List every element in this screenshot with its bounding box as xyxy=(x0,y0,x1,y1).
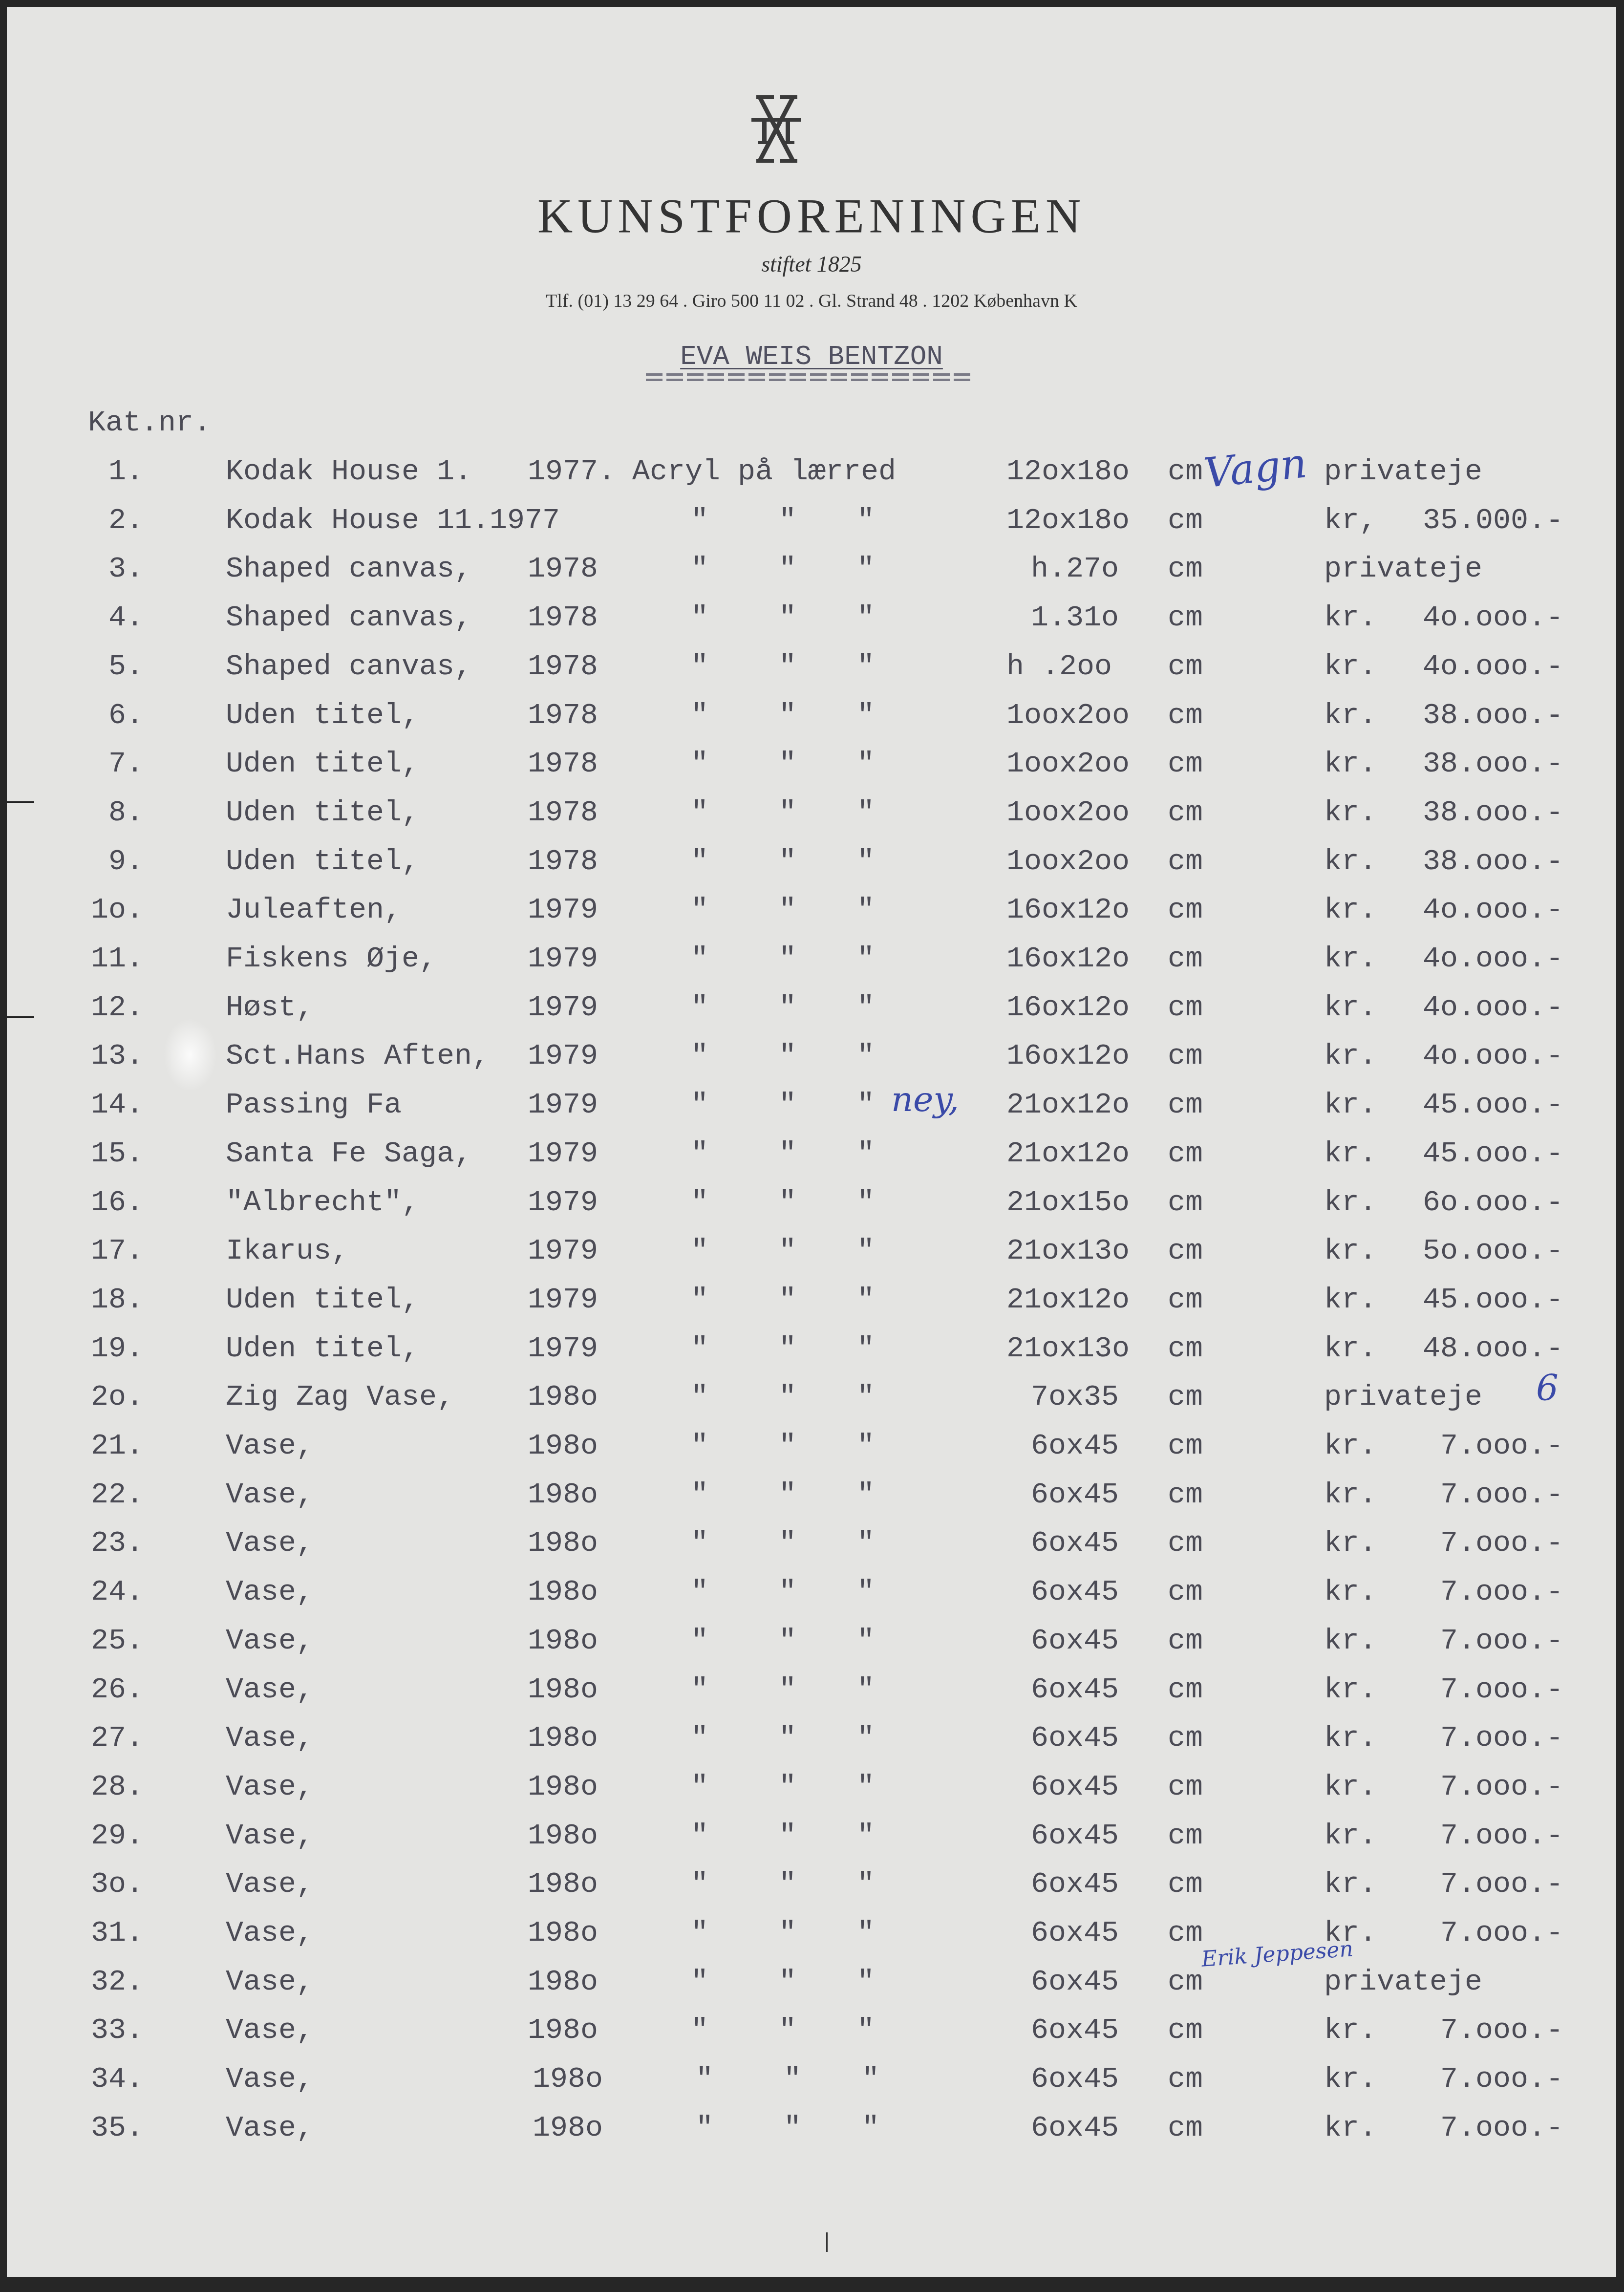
ditto-mark: " xyxy=(691,1627,708,1656)
dimension-unit: cm xyxy=(1168,1480,1203,1510)
ditto-mark: " xyxy=(779,1578,796,1607)
work-title: Vase, xyxy=(226,1870,314,1899)
work-year: 1978 xyxy=(528,798,598,828)
ditto-mark: " xyxy=(696,2114,713,2143)
work-dimensions: 21ox13o xyxy=(1006,1334,1130,1364)
ditto-mark: " xyxy=(691,896,708,925)
dimension-unit: cm xyxy=(1168,1578,1203,1607)
catalog-number: 31. xyxy=(91,1919,144,1948)
catalog-number: 1o. xyxy=(91,896,144,925)
ditto-mark: " xyxy=(691,2016,708,2045)
price-amount: 7.ooo.- xyxy=(1440,1919,1563,1948)
work-title: Uden titel, xyxy=(226,750,419,779)
ditto-mark: " xyxy=(857,1042,875,1071)
catalog-number: 35. xyxy=(91,2114,144,2143)
ditto-mark: " xyxy=(691,1675,708,1705)
handwritten-note-row14: ney, xyxy=(891,1079,959,1119)
currency-label: kr. xyxy=(1324,993,1377,1023)
work-year: 198o xyxy=(528,1821,598,1851)
ditto-mark: " xyxy=(691,652,708,682)
work-dimensions: 16ox12o xyxy=(1006,896,1130,925)
ditto-mark: " xyxy=(857,1383,875,1412)
price-amount: 48.ooo.- xyxy=(1423,1334,1563,1364)
catalog-row: 33.Vase,198o"""6ox45cmkr.7.ooo.- xyxy=(7,2016,1616,2050)
work-title: Vase, xyxy=(226,1968,314,1997)
catalog-number: 1. xyxy=(108,457,144,487)
ditto-mark: " xyxy=(857,1675,875,1705)
ditto-mark: " xyxy=(779,1383,796,1412)
ditto-mark: " xyxy=(857,847,875,877)
price-amount: 7.ooo.- xyxy=(1440,2114,1563,2143)
handwritten-note-6: 6 xyxy=(1536,1368,1559,1409)
catalog-row: 17.Ikarus,1979"""21ox13ocmkr.5o.ooo.- xyxy=(7,1237,1616,1271)
catalog-number: 27. xyxy=(91,1724,144,1753)
ditto-mark: " xyxy=(779,1919,796,1948)
dimension-unit: cm xyxy=(1168,750,1203,779)
catalog-row: 7.Uden titel,1978"""1oox2oocmkr.38.ooo.- xyxy=(7,750,1616,784)
currency-label: kr. xyxy=(1324,1627,1377,1656)
work-year: 1979 xyxy=(528,993,598,1023)
catalog-row: 32.Vase,198o"""6ox45cmprivateje xyxy=(7,1968,1616,2002)
work-dimensions: 6ox45 xyxy=(1031,1432,1119,1461)
work-title: Vase, xyxy=(226,1480,314,1510)
work-year: 198o xyxy=(533,2114,603,2143)
work-dimensions: 6ox45 xyxy=(1031,1529,1119,1558)
ditto-mark: " xyxy=(779,2016,796,2045)
currency-label: kr. xyxy=(1324,1334,1377,1364)
price-amount: 4o.ooo.- xyxy=(1423,993,1563,1023)
dimension-unit: cm xyxy=(1168,1383,1203,1412)
catalog-row: 22.Vase,198o"""6ox45cmkr.7.ooo.- xyxy=(7,1480,1616,1515)
catalog-number: 3o. xyxy=(91,1870,144,1899)
catalog-row: 3.Shaped canvas,1978"""h.27ocmprivateje xyxy=(7,555,1616,589)
dimension-unit: cm xyxy=(1168,896,1203,925)
currency-label: kr. xyxy=(1324,750,1377,779)
price-amount: 35.000.- xyxy=(1423,506,1563,536)
dimension-unit: cm xyxy=(1168,1627,1203,1656)
catalog-number: 33. xyxy=(91,2016,144,2045)
ditto-mark: " xyxy=(857,750,875,779)
catalog-row: 24.Vase,198o"""6ox45cmkr.7.ooo.- xyxy=(7,1578,1616,1612)
price-amount: 38.ooo.- xyxy=(1423,701,1563,730)
dimension-unit: cm xyxy=(1168,1919,1203,1948)
work-title: Vase, xyxy=(226,1919,314,1948)
work-dimensions: 6ox45 xyxy=(1031,2114,1119,2143)
catalog-row: 31.Vase,198o"""6ox45cmkr.7.ooo.- xyxy=(7,1919,1616,1953)
work-dimensions: 1oox2oo xyxy=(1006,750,1130,779)
work-title: Vase, xyxy=(226,1578,314,1607)
work-dimensions: 7ox35 xyxy=(1031,1383,1119,1412)
catalog-row: 2.Kodak House 11.1977"""12ox18ocmkr,35.0… xyxy=(7,506,1616,540)
price-amount: 4o.ooo.- xyxy=(1423,652,1563,682)
ditto-mark: " xyxy=(691,1139,708,1169)
ditto-mark: " xyxy=(691,750,708,779)
ditto-mark: " xyxy=(779,1188,796,1218)
ditto-mark: " xyxy=(691,1919,708,1948)
dimension-unit: cm xyxy=(1168,1529,1203,1558)
catalog-number: 6. xyxy=(108,701,144,730)
work-dimensions: 6ox45 xyxy=(1031,1870,1119,1899)
ditto-mark: " xyxy=(779,1285,796,1315)
ditto-mark: " xyxy=(691,1042,708,1071)
catalog-row: 3o.Vase,198o"""6ox45cmkr.7.ooo.- xyxy=(7,1870,1616,1904)
artist-heading: EVA WEIS BENTZON xyxy=(7,343,1616,370)
work-year: 198o xyxy=(528,1675,598,1705)
ditto-mark: " xyxy=(779,993,796,1023)
catalog-row: 5.Shaped canvas,1978"""h .2oocmkr.4o.ooo… xyxy=(7,652,1616,686)
currency-label: kr. xyxy=(1324,847,1377,877)
currency-label: kr. xyxy=(1324,1285,1377,1315)
currency-label: kr. xyxy=(1324,1042,1377,1071)
dimension-unit: cm xyxy=(1168,457,1203,487)
ditto-mark: " xyxy=(779,944,796,974)
price-amount: 7.ooo.- xyxy=(1440,1578,1563,1607)
catalog-row: 29.Vase,198o"""6ox45cmkr.7.ooo.- xyxy=(7,1821,1616,1856)
catalog-row: 11.Fiskens Øje,1979"""16ox12ocmkr.4o.ooo… xyxy=(7,944,1616,979)
margin-tick xyxy=(7,801,34,803)
ditto-mark: " xyxy=(691,1529,708,1558)
price-amount: 7.ooo.- xyxy=(1440,1529,1563,1558)
catalog-number: 22. xyxy=(91,1480,144,1510)
ditto-mark: " xyxy=(779,701,796,730)
ditto-mark: " xyxy=(784,2065,801,2094)
work-year: 198o xyxy=(528,1432,598,1461)
artist-name: EVA WEIS BENTZON xyxy=(680,341,943,372)
dimension-unit: cm xyxy=(1168,1042,1203,1071)
ditto-mark: " xyxy=(857,798,875,828)
work-title: Shaped canvas, xyxy=(226,652,472,682)
dimension-unit: cm xyxy=(1168,701,1203,730)
catalog-number: 32. xyxy=(91,1968,144,1997)
address-line: Tlf. (01) 13 29 64 . Giro 500 11 02 . Gl… xyxy=(7,290,1616,312)
catalog-row: 15.Santa Fe Saga,1979"""21ox12ocmkr.45.o… xyxy=(7,1139,1616,1174)
catalog-row: 35.Vase,198o"""6ox45cmkr.7.ooo.- xyxy=(7,2114,1616,2148)
catalog-row: 13.Sct.Hans Aften,1979"""16ox12ocmkr.4o.… xyxy=(7,1042,1616,1076)
price-amount: 7.ooo.- xyxy=(1440,1675,1563,1705)
ditto-mark: " xyxy=(779,1237,796,1266)
ditto-mark: " xyxy=(691,1480,708,1510)
catalog-number: 24. xyxy=(91,1578,144,1607)
ditto-mark: " xyxy=(779,1091,796,1120)
work-year: 1979 xyxy=(528,1285,598,1315)
catalog-number: 23. xyxy=(91,1529,144,1558)
price-amount: 4o.ooo.- xyxy=(1423,896,1563,925)
catalog-row: 1.Kodak House 1.1977.Acryl på lærred12ox… xyxy=(7,457,1616,492)
catalog-number: 13. xyxy=(91,1042,144,1071)
ditto-mark: " xyxy=(779,1627,796,1656)
catalog-row: 2o.Zig Zag Vase,198o"""7ox35cmprivateje xyxy=(7,1383,1616,1417)
work-year: 198o xyxy=(528,1529,598,1558)
work-title: Uden titel, xyxy=(226,1334,419,1364)
catalog-row: 26.Vase,198o"""6ox45cmkr.7.ooo.- xyxy=(7,1675,1616,1710)
work-dimensions: 21ox13o xyxy=(1006,1237,1130,1266)
ditto-mark: " xyxy=(857,1773,875,1802)
currency-label: kr. xyxy=(1324,1870,1377,1899)
work-year: 1978 xyxy=(528,555,598,584)
catalog-row: 9.Uden titel,1978"""1oox2oocmkr.38.ooo.- xyxy=(7,847,1616,881)
work-year: 1979 xyxy=(528,1237,598,1266)
work-title: Shaped canvas, xyxy=(226,555,472,584)
dimension-unit: cm xyxy=(1168,1285,1203,1315)
catalog-number: 2. xyxy=(108,506,144,536)
catalog-row: 1o.Juleaften,1979"""16ox12ocmkr.4o.ooo.- xyxy=(7,896,1616,930)
work-title: Vase, xyxy=(226,2065,314,2094)
correction-fluid-smudge xyxy=(163,1018,217,1092)
work-dimensions: 1.31o xyxy=(1031,603,1119,633)
price-amount: 38.ooo.- xyxy=(1423,750,1563,779)
ditto-mark: " xyxy=(857,506,875,536)
catalog-number: 21. xyxy=(91,1432,144,1461)
catalog-row: 4.Shaped canvas,1978"""1.31ocmkr.4o.ooo.… xyxy=(7,603,1616,638)
ditto-mark: " xyxy=(691,1724,708,1753)
price-amount: 7.ooo.- xyxy=(1440,1773,1563,1802)
ditto-mark: " xyxy=(779,1529,796,1558)
price-amount: 45.ooo.- xyxy=(1423,1285,1563,1315)
work-title: Vase, xyxy=(226,1432,314,1461)
currency-label: kr. xyxy=(1324,1821,1377,1851)
ditto-mark: " xyxy=(691,1188,708,1218)
ditto-mark: " xyxy=(779,847,796,877)
ditto-mark: " xyxy=(857,1188,875,1218)
work-dimensions: 6ox45 xyxy=(1031,1578,1119,1607)
ditto-mark: " xyxy=(691,701,708,730)
work-title: Shaped canvas, xyxy=(226,603,472,633)
kf-monogram-icon xyxy=(749,92,803,166)
ditto-mark: " xyxy=(779,1139,796,1169)
ditto-mark: " xyxy=(857,1870,875,1899)
catalog-number: 16. xyxy=(91,1188,144,1218)
work-dimensions: 6ox45 xyxy=(1031,1675,1119,1705)
ownership-status: privateje xyxy=(1324,1383,1482,1412)
currency-label: kr. xyxy=(1324,603,1377,633)
work-year: 198o xyxy=(533,2065,603,2094)
work-title: Vase, xyxy=(226,1821,314,1851)
work-dimensions: 21ox12o xyxy=(1006,1139,1130,1169)
work-year: 1979 xyxy=(528,1042,598,1071)
work-year: 198o xyxy=(528,1773,598,1802)
catalog-number: 2o. xyxy=(91,1383,144,1412)
ditto-mark: " xyxy=(779,506,796,536)
ditto-mark: " xyxy=(857,1724,875,1753)
work-title: Sct.Hans Aften, xyxy=(226,1042,490,1071)
work-dimensions: 12ox18o xyxy=(1006,506,1130,536)
ditto-mark: " xyxy=(857,1237,875,1266)
currency-label: kr. xyxy=(1324,1188,1377,1218)
dimension-unit: cm xyxy=(1168,1432,1203,1461)
price-amount: 45.ooo.- xyxy=(1423,1139,1563,1169)
price-amount: 4o.ooo.- xyxy=(1423,603,1563,633)
price-amount: 7.ooo.- xyxy=(1440,1480,1563,1510)
ditto-mark: " xyxy=(691,847,708,877)
dimension-unit: cm xyxy=(1168,2065,1203,2094)
ditto-mark: " xyxy=(691,1821,708,1851)
price-amount: 38.ooo.- xyxy=(1423,798,1563,828)
ditto-mark: " xyxy=(779,1480,796,1510)
ditto-mark: " xyxy=(696,2065,713,2094)
ditto-mark: " xyxy=(857,1480,875,1510)
dimension-unit: cm xyxy=(1168,2016,1203,2045)
work-title: Kodak House 11.1977 xyxy=(226,506,560,536)
work-title: Vase, xyxy=(226,1773,314,1802)
catalog-number: 5. xyxy=(108,652,144,682)
work-year: 1978 xyxy=(528,652,598,682)
ditto-mark: " xyxy=(779,750,796,779)
ditto-mark: " xyxy=(691,1334,708,1364)
ditto-mark: " xyxy=(857,1139,875,1169)
catalog-number: 11. xyxy=(91,944,144,974)
page-number-mark xyxy=(826,2232,828,2252)
price-amount: 7.ooo.- xyxy=(1440,1870,1563,1899)
ditto-mark: " xyxy=(779,652,796,682)
ditto-mark: " xyxy=(779,603,796,633)
ditto-mark: " xyxy=(691,1237,708,1266)
work-dimensions: 16ox12o xyxy=(1006,944,1130,974)
dimension-unit: cm xyxy=(1168,1334,1203,1364)
work-dimensions: 6ox45 xyxy=(1031,2016,1119,2045)
catalog-row: 16."Albrecht",1979"""21ox15ocmkr.6o.ooo.… xyxy=(7,1188,1616,1222)
ditto-mark: " xyxy=(691,1578,708,1607)
ditto-mark: " xyxy=(857,1432,875,1461)
ditto-mark: " xyxy=(857,1285,875,1315)
work-title: Ikarus, xyxy=(226,1237,349,1266)
price-amount: 7.ooo.- xyxy=(1440,2016,1563,2045)
ditto-mark: " xyxy=(857,1627,875,1656)
work-title: Passing Fa xyxy=(226,1091,402,1120)
catalog-number: 26. xyxy=(91,1675,144,1705)
work-year: 1979 xyxy=(528,944,598,974)
catalog-number: 4. xyxy=(108,603,144,633)
work-title: Vase, xyxy=(226,1627,314,1656)
work-dimensions: 1oox2oo xyxy=(1006,701,1130,730)
catalog-number: 17. xyxy=(91,1237,144,1266)
price-amount: 45.ooo.- xyxy=(1423,1091,1563,1120)
ditto-mark: " xyxy=(691,506,708,536)
work-dimensions: 21ox15o xyxy=(1006,1188,1130,1218)
ownership-status: privateje xyxy=(1324,555,1482,584)
ditto-mark: " xyxy=(779,1042,796,1071)
price-amount: 38.ooo.- xyxy=(1423,847,1563,877)
work-title: Høst, xyxy=(226,993,314,1023)
work-title: Zig Zag Vase, xyxy=(226,1383,454,1412)
work-year: 1978 xyxy=(528,603,598,633)
work-title: Kodak House 1. xyxy=(226,457,472,487)
dimension-unit: cm xyxy=(1168,2114,1203,2143)
ditto-mark: " xyxy=(857,1578,875,1607)
ditto-mark: " xyxy=(857,896,875,925)
ditto-mark: " xyxy=(857,1821,875,1851)
catalog-row: 34.Vase,198o"""6ox45cmkr.7.ooo.- xyxy=(7,2065,1616,2099)
price-amount: 6o.ooo.- xyxy=(1423,1188,1563,1218)
work-year: 1978 xyxy=(528,701,598,730)
ditto-mark: " xyxy=(779,798,796,828)
price-amount: 7.ooo.- xyxy=(1440,1432,1563,1461)
ditto-mark: " xyxy=(779,1675,796,1705)
catalog-number-header: Kat.nr. xyxy=(88,408,211,438)
organization-name: KUNSTFORENINGEN xyxy=(7,188,1616,244)
catalog-row: 23.Vase,198o"""6ox45cmkr.7.ooo.- xyxy=(7,1529,1616,1563)
work-year: 198o xyxy=(528,1627,598,1656)
work-year: 1979 xyxy=(528,1091,598,1120)
dimension-unit: cm xyxy=(1168,1188,1203,1218)
dimension-unit: cm xyxy=(1168,1091,1203,1120)
dimension-unit: cm xyxy=(1168,555,1203,584)
currency-label: kr. xyxy=(1324,1675,1377,1705)
ditto-mark: " xyxy=(779,1724,796,1753)
ditto-mark: " xyxy=(857,993,875,1023)
dimension-unit: cm xyxy=(1168,1724,1203,1753)
catalog-number: 12. xyxy=(91,993,144,1023)
work-title: Santa Fe Saga, xyxy=(226,1139,472,1169)
ownership-status: privateje xyxy=(1324,1968,1482,1997)
work-dimensions: 6ox45 xyxy=(1031,1480,1119,1510)
work-dimensions: 6ox45 xyxy=(1031,1724,1119,1753)
ditto-mark: " xyxy=(857,1919,875,1948)
work-dimensions: 16ox12o xyxy=(1006,993,1130,1023)
ditto-mark: " xyxy=(691,798,708,828)
catalog-number: 15. xyxy=(91,1139,144,1169)
work-dimensions: h .2oo xyxy=(1006,652,1112,682)
work-dimensions: 6ox45 xyxy=(1031,1919,1119,1948)
ditto-mark: " xyxy=(691,1285,708,1315)
ditto-mark: " xyxy=(691,1383,708,1412)
price-amount: 7.ooo.- xyxy=(1440,2065,1563,2094)
ditto-mark: " xyxy=(857,652,875,682)
catalog-number: 34. xyxy=(91,2065,144,2094)
catalog-number: 14. xyxy=(91,1091,144,1120)
ditto-mark: " xyxy=(857,701,875,730)
work-dimensions: 6ox45 xyxy=(1031,1627,1119,1656)
work-dimensions: 6ox45 xyxy=(1031,1821,1119,1851)
ditto-mark: " xyxy=(691,603,708,633)
ditto-mark: " xyxy=(857,555,875,584)
work-year: 198o xyxy=(528,1870,598,1899)
ditto-mark: " xyxy=(691,555,708,584)
work-year: 1979 xyxy=(528,896,598,925)
currency-label: kr. xyxy=(1324,2114,1377,2143)
double-underline xyxy=(646,373,970,383)
ditto-mark: " xyxy=(857,944,875,974)
currency-label: kr. xyxy=(1324,652,1377,682)
ditto-mark: " xyxy=(857,1091,875,1120)
currency-label: kr, xyxy=(1324,506,1377,536)
catalog-number: 9. xyxy=(108,847,144,877)
ditto-mark: " xyxy=(784,2114,801,2143)
currency-label: kr. xyxy=(1324,798,1377,828)
currency-label: kr. xyxy=(1324,1480,1377,1510)
dimension-unit: cm xyxy=(1168,1968,1203,1997)
currency-label: kr. xyxy=(1324,701,1377,730)
dimension-unit: cm xyxy=(1168,506,1203,536)
founded-line: stiftet 1825 xyxy=(7,251,1616,277)
work-dimensions: 6ox45 xyxy=(1031,1968,1119,1997)
work-dimensions: 16ox12o xyxy=(1006,1042,1130,1071)
catalog-row: 8.Uden titel,1978"""1oox2oocmkr.38.ooo.- xyxy=(7,798,1616,833)
work-dimensions: h.27o xyxy=(1031,555,1119,584)
work-year: 198o xyxy=(528,1578,598,1607)
ditto-mark: " xyxy=(857,1334,875,1364)
catalog-row: 18.Uden titel,1979"""21ox12ocmkr.45.ooo.… xyxy=(7,1285,1616,1320)
catalog-number: 3. xyxy=(108,555,144,584)
currency-label: kr. xyxy=(1324,1773,1377,1802)
ditto-mark: " xyxy=(779,1821,796,1851)
price-amount: 7.ooo.- xyxy=(1440,1821,1563,1851)
work-year: 1978 xyxy=(528,750,598,779)
work-medium: Acryl på lærred xyxy=(632,457,896,487)
price-amount: 5o.ooo.- xyxy=(1423,1237,1563,1266)
ditto-mark: " xyxy=(691,993,708,1023)
ditto-mark: " xyxy=(857,2016,875,2045)
work-dimensions: 21ox12o xyxy=(1006,1285,1130,1315)
